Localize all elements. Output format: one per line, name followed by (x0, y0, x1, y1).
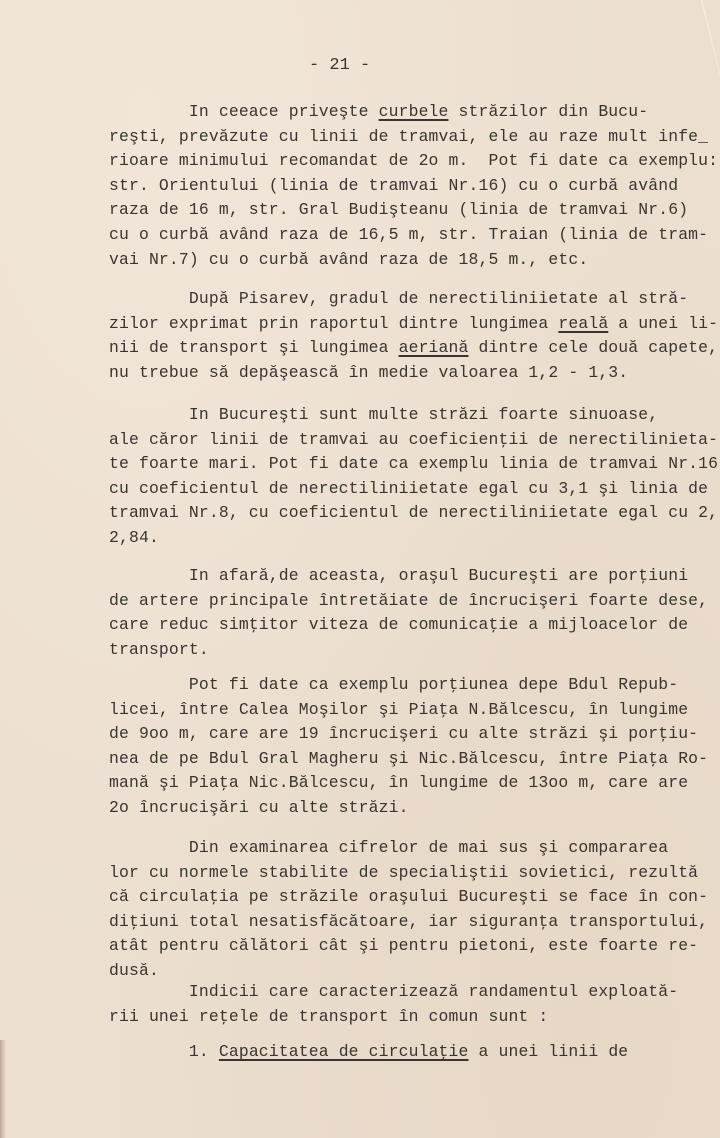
text-segment: nea de pe Bdul Gral Magheru şi Nic.Bălce… (109, 749, 708, 768)
text-line: 2,84. (109, 526, 159, 550)
text-line: rii unei reţele de transport în comun su… (109, 1005, 548, 1029)
text-line: nii de transport şi lungimea aeriană din… (109, 336, 718, 360)
underlined-term: Capacitatea de circulaţie (219, 1042, 469, 1061)
text-line: cu o curbă având raza de 16,5 m, str. Tr… (109, 223, 708, 247)
text-segment: In ceeace priveşte (109, 102, 379, 121)
text-line: cu coeficientul de nerectiliniietate ega… (109, 477, 708, 501)
text-line: mană şi Piaţa Nic.Bălcescu, în lungime d… (109, 771, 688, 795)
text-segment: de 9oo m, care are 19 încrucişeri cu alt… (109, 724, 698, 743)
text-line: Indicii care caracterizează randamentul … (109, 980, 678, 1004)
text-segment: dintre cele două capete, (469, 338, 719, 357)
page-number: - 21 - (309, 56, 370, 75)
text-segment: zilor exprimat prin raportul dintre lung… (109, 314, 558, 333)
text-line: După Pisarev, gradul de nerectiliniietat… (109, 287, 688, 311)
text-segment: dusă. (109, 961, 159, 980)
text-segment: ale căror linii de tramvai au coeficienţ… (109, 430, 718, 449)
text-line: nu trebue să depăşească în medie valoare… (109, 361, 628, 385)
text-segment: transport. (109, 640, 209, 659)
text-segment: rioare minimului recomandat de 2o m. Pot… (109, 151, 718, 170)
text-segment: 2o încrucişări cu alte străzi. (109, 798, 409, 817)
page-edge-shadow (0, 1040, 6, 1138)
text-segment: te foarte mari. Pot fi date ca exemplu l… (109, 454, 718, 473)
text-segment: diţiuni total nesatisfăcătoare, iar sigu… (109, 912, 708, 931)
text-segment: de artere principale întretăiate de încr… (109, 591, 708, 610)
text-segment: nu trebue să depăşească în medie valoare… (109, 363, 628, 382)
text-line: licei, între Calea Moşilor şi Piaţa N.Bă… (109, 698, 688, 722)
text-line: lor cu normele stabilite de specialiştii… (109, 861, 698, 885)
text-line: str. Orientului (linia de tramvai Nr.16)… (109, 174, 678, 198)
text-line: 2o încrucişări cu alte străzi. (109, 796, 409, 820)
text-line: de 9oo m, care are 19 încrucişeri cu alt… (109, 722, 698, 746)
text-segment: nii de transport şi lungimea (109, 338, 399, 357)
text-segment: că circulaţia pe străzile oraşului Bucur… (109, 887, 708, 906)
text-line: diţiuni total nesatisfăcătoare, iar sigu… (109, 910, 708, 934)
text-line: 1. Capacitatea de circulaţie a unei lini… (109, 1040, 628, 1064)
text-segment: Pot fi date ca exemplu porţiunea depe Bd… (109, 675, 678, 694)
text-segment: După Pisarev, gradul de nerectiliniietat… (109, 289, 688, 308)
document-page: - 21 - In ceeace priveşte curbele străzi… (0, 0, 720, 1138)
text-segment: cu o curbă având raza de 16,5 m, str. Tr… (109, 225, 708, 244)
text-line: tramvai Nr.8, cu coeficientul de nerecti… (109, 501, 718, 525)
text-segment: vai Nr.7) cu o curbă având raza de 18,5 … (109, 250, 588, 269)
text-line: reşti, prevăzute cu linii de tramvai, el… (109, 125, 708, 149)
text-line: In afară,de aceasta, oraşul Bucureşti ar… (109, 564, 688, 588)
text-line: transport. (109, 638, 209, 662)
text-line: că circulaţia pe străzile oraşului Bucur… (109, 885, 708, 909)
text-segment: străzilor din Bucu- (449, 102, 649, 121)
text-segment: tramvai Nr.8, cu coeficientul de nerecti… (109, 503, 718, 522)
text-line: vai Nr.7) cu o curbă având raza de 18,5 … (109, 248, 588, 272)
text-line: In ceeace priveşte curbele străzilor din… (109, 100, 648, 124)
text-segment: reşti, prevăzute cu linii de tramvai, el… (109, 127, 708, 146)
text-segment: Indicii care caracterizează randamentul … (109, 982, 678, 1001)
text-line: In Bucureşti sunt multe străzi foarte si… (109, 403, 658, 427)
text-segment: atât pentru călători cât şi pentru pieto… (109, 936, 698, 955)
text-segment: In Bucureşti sunt multe străzi foarte si… (109, 405, 658, 424)
text-segment: a unei linii de (469, 1042, 629, 1061)
text-line: zilor exprimat prin raportul dintre lung… (109, 312, 718, 336)
underlined-term: curbele (379, 102, 449, 121)
text-line: care reduc simţitor viteza de comunicaţi… (109, 613, 688, 637)
text-segment: In afară,de aceasta, oraşul Bucureşti ar… (109, 566, 688, 585)
text-line: Pot fi date ca exemplu porţiunea depe Bd… (109, 673, 678, 697)
text-segment: raza de 16 m, str. Gral Budişteanu (lini… (109, 200, 688, 219)
text-segment: 2,84. (109, 528, 159, 547)
text-line: ale căror linii de tramvai au coeficienţ… (109, 428, 718, 452)
text-segment: str. Orientului (linia de tramvai Nr.16)… (109, 176, 678, 195)
underlined-term: aeriană (399, 338, 469, 357)
text-segment: cu coeficientul de nerectiliniietate ega… (109, 479, 708, 498)
text-line: atât pentru călători cât şi pentru pieto… (109, 934, 698, 958)
text-segment: Din examinarea cifrelor de mai sus şi co… (109, 838, 668, 857)
text-segment: a unei li- (608, 314, 718, 333)
text-line: raza de 16 m, str. Gral Budişteanu (lini… (109, 198, 688, 222)
text-segment: 1. (109, 1042, 219, 1061)
text-line: de artere principale întretăiate de încr… (109, 589, 708, 613)
text-segment: mană şi Piaţa Nic.Bălcescu, în lungime d… (109, 773, 688, 792)
text-line: te foarte mari. Pot fi date ca exemplu l… (109, 452, 718, 476)
text-segment: licei, între Calea Moşilor şi Piaţa N.Bă… (109, 700, 688, 719)
text-line: Din examinarea cifrelor de mai sus şi co… (109, 836, 668, 860)
text-segment: care reduc simţitor viteza de comunicaţi… (109, 615, 688, 634)
text-line: nea de pe Bdul Gral Magheru şi Nic.Bălce… (109, 747, 708, 771)
text-line: rioare minimului recomandat de 2o m. Pot… (109, 149, 718, 173)
text-segment: rii unei reţele de transport în comun su… (109, 1007, 548, 1026)
underlined-term: reală (558, 314, 608, 333)
text-segment: lor cu normele stabilite de specialiştii… (109, 863, 698, 882)
